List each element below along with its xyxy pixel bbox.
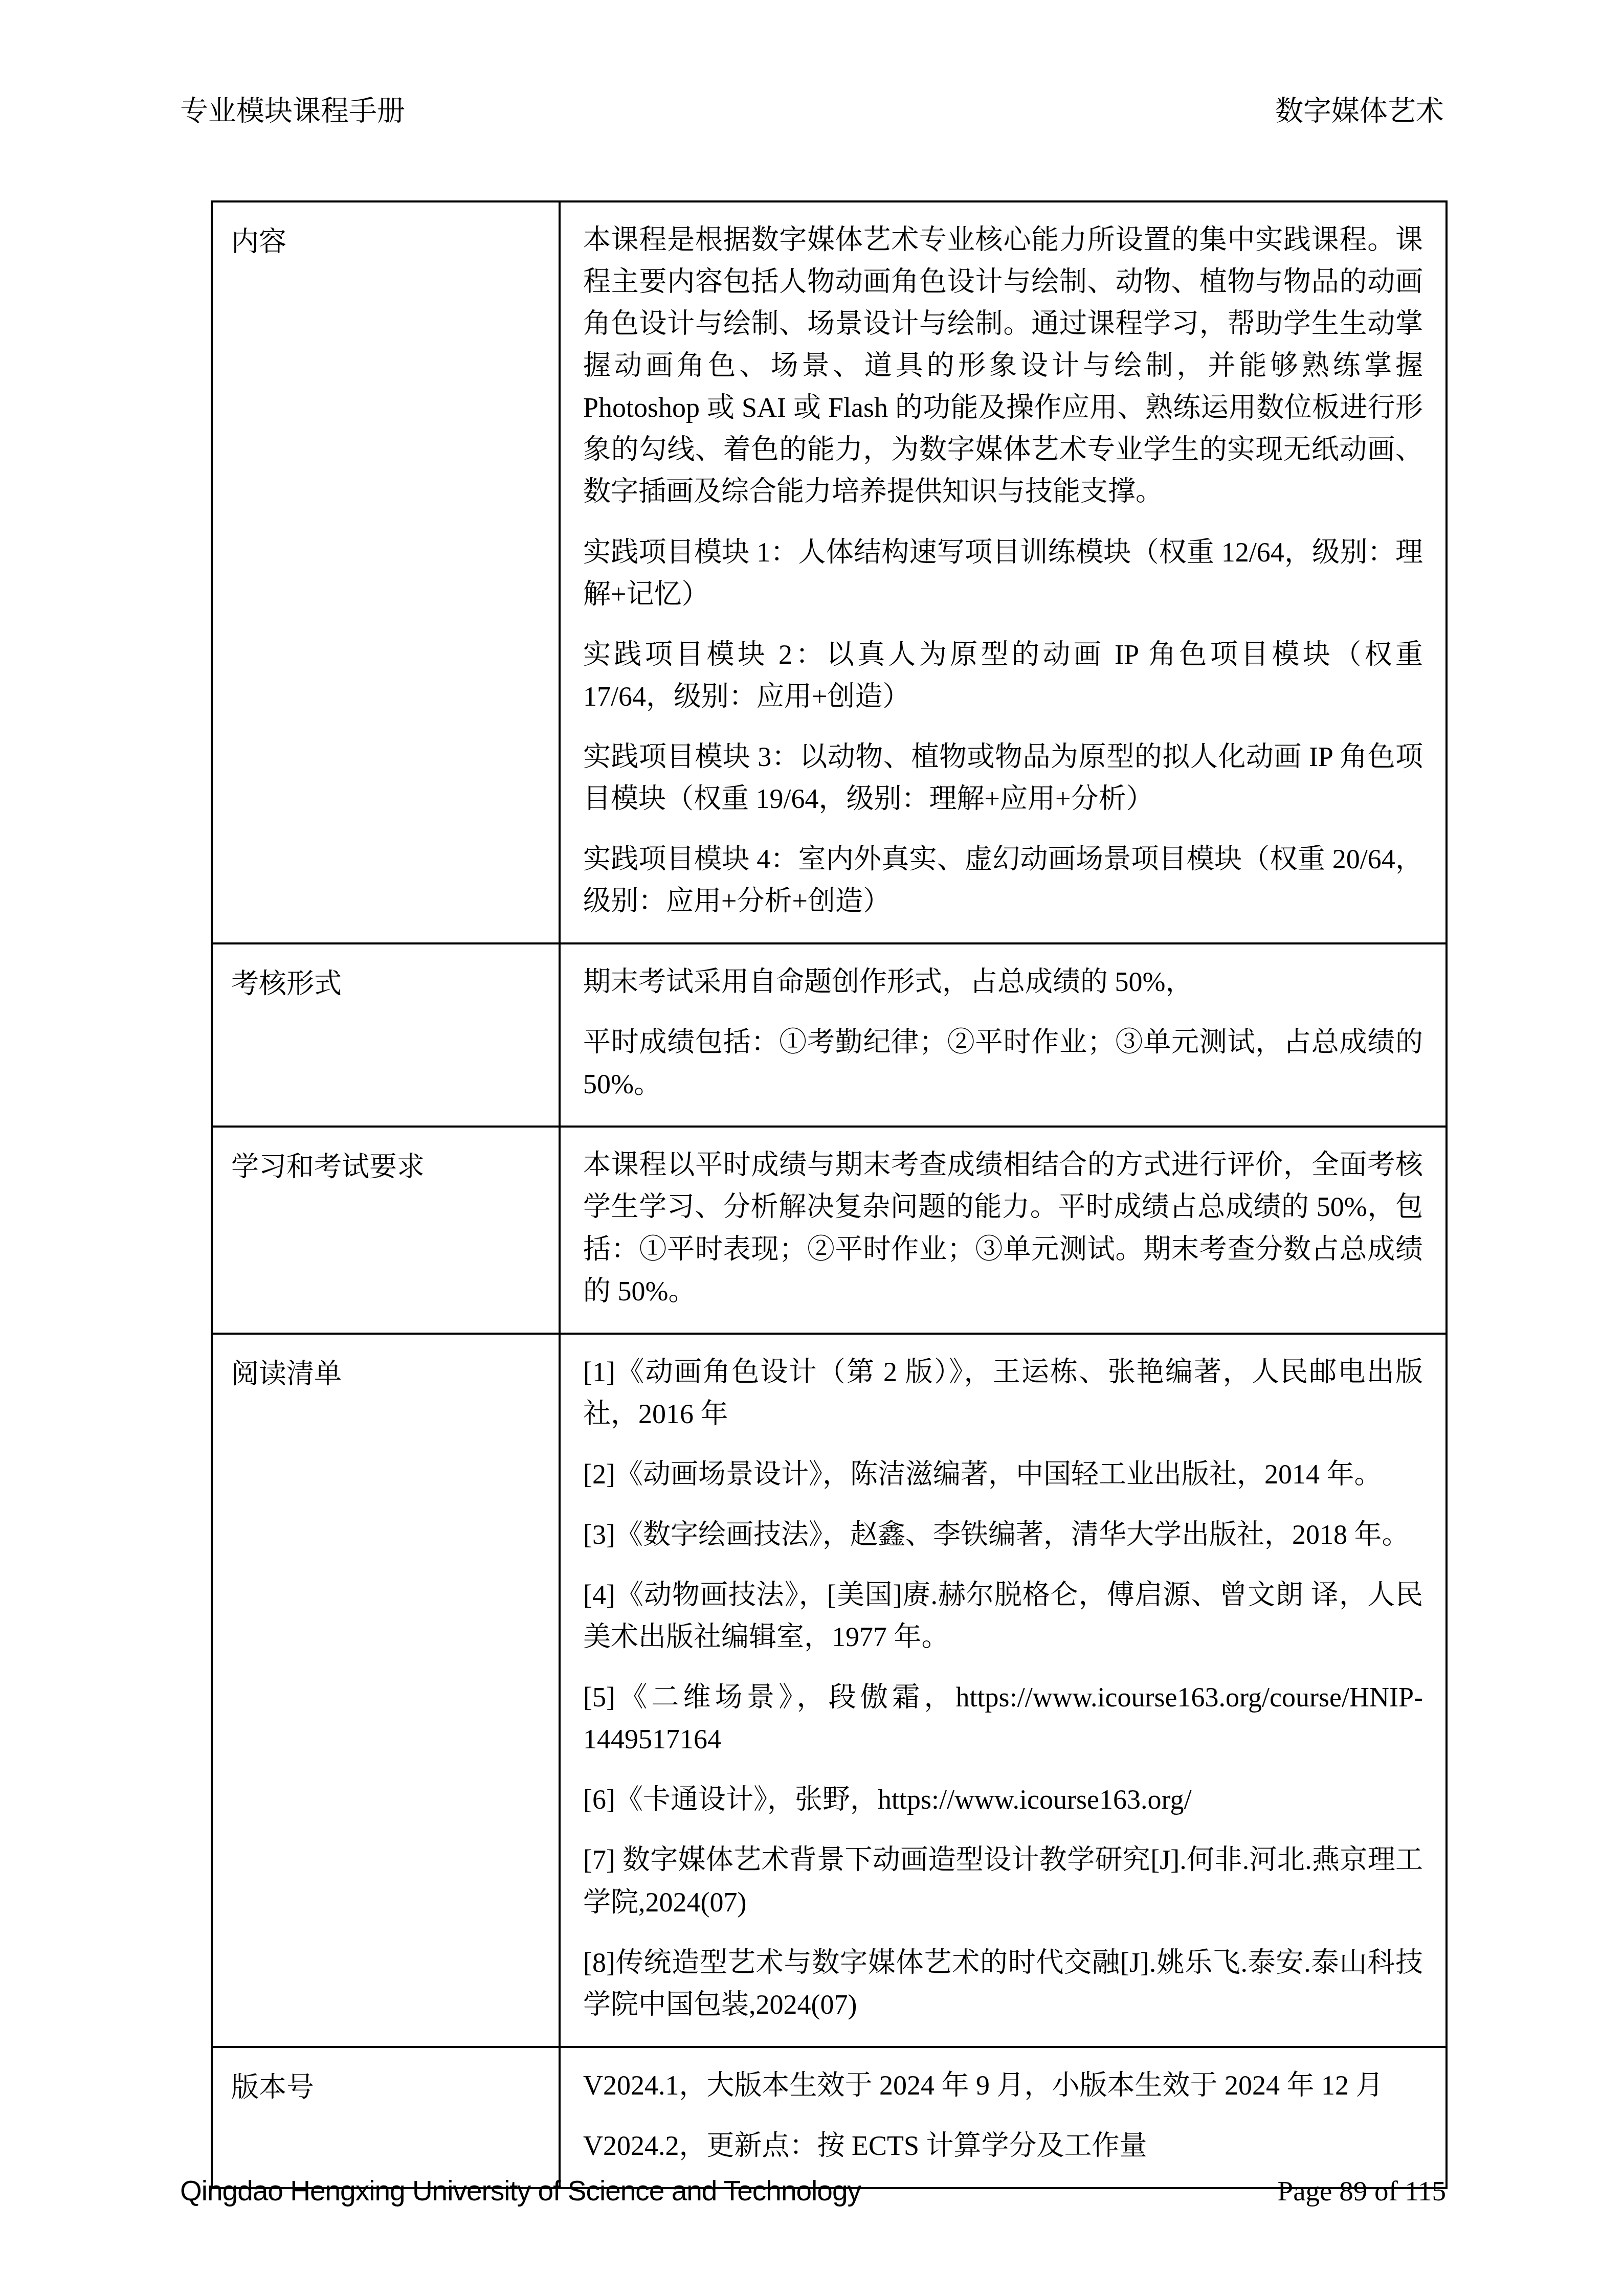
row-label: 阅读清单 (231, 1359, 342, 1389)
cell-paragraph: 实践项目模块 3：以动物、植物或物品为原型的拟人化动画 IP 角色项目模块（权重… (583, 736, 1423, 820)
row-label-cell: 阅读清单 (212, 1334, 560, 2047)
cell-paragraph: V2024.1，大版本生效于 2024 年 9 月，小版本生效于 2024 年 … (583, 2064, 1423, 2106)
row-label: 内容 (231, 227, 286, 257)
table-row-reading-list: 阅读清单 [1]《动画角色设计（第 2 版）》，王运栋、张艳编著，人民邮电出版社… (212, 1334, 1447, 2047)
row-content-cell: 本课程以平时成绩与期末考查成绩相结合的方式进行评价，全面考核学生学习、分析解决复… (560, 1127, 1447, 1333)
row-label: 版本号 (231, 2072, 314, 2103)
cell-paragraph: [5]《二维场景》，段傲霜，https://www.icourse163.org… (583, 1676, 1423, 1760)
row-content-cell: 期末考试采用自命题创作形式，占总成绩的 50%， 平时成绩包括：①考勤纪律；②平… (560, 943, 1447, 1127)
cell-paragraph: V2024.2，更新点：按 ECTS 计算学分及工作量 (583, 2125, 1423, 2167)
cell-paragraph: [2]《动画场景设计》，陈洁滋编著，中国轻工业出版社，2014 年。 (583, 1453, 1423, 1495)
row-label: 学习和考试要求 (231, 1152, 425, 1182)
cell-paragraph: 本课程是根据数字媒体艺术专业核心能力所设置的集中实践课程。课程主要内容包括人物动… (583, 219, 1423, 513)
row-label-cell: 版本号 (212, 2047, 560, 2188)
cell-paragraph: 实践项目模块 2：以真人为原型的动画 IP 角色项目模块（权重 17/64，级别… (583, 634, 1423, 717)
handbook-title: 专业模块课程手册 (180, 88, 405, 128)
row-content-cell: 本课程是根据数字媒体艺术专业核心能力所设置的集中实践课程。课程主要内容包括人物动… (560, 201, 1447, 943)
row-label-cell: 内容 (212, 201, 560, 943)
cell-paragraph: 本课程以平时成绩与期末考查成绩相结合的方式进行评价，全面考核学生学习、分析解决复… (583, 1144, 1423, 1312)
row-content-cell: [1]《动画角色设计（第 2 版）》，王运栋、张艳编著，人民邮电出版社，2016… (560, 1334, 1447, 2047)
table-row-requirements: 学习和考试要求 本课程以平时成绩与期末考查成绩相结合的方式进行评价，全面考核学生… (212, 1127, 1447, 1333)
cell-paragraph: [6]《卡通设计》，张野，https://www.icourse163.org/ (583, 1779, 1423, 1820)
row-label-cell: 考核形式 (212, 943, 560, 1127)
cell-paragraph: [4]《动物画技法》，[美国]赓.赫尔脱格仑，傅启源、曾文朗 译，人民美术出版社… (583, 1574, 1423, 1658)
cell-paragraph: [3]《数字绘画技法》，赵鑫、李铁编著，清华大学出版社，2018 年。 (583, 1514, 1423, 1556)
table-row-content: 内容 本课程是根据数字媒体艺术专业核心能力所设置的集中实践课程。课程主要内容包括… (212, 201, 1447, 943)
cell-paragraph: [7] 数字媒体艺术背景下动画造型设计教学研究[J].何非.河北.燕京理工学院,… (583, 1839, 1423, 1923)
row-content-cell: V2024.1，大版本生效于 2024 年 9 月，小版本生效于 2024 年 … (560, 2047, 1447, 2188)
cell-paragraph: 实践项目模块 1：人体结构速写项目训练模块（权重 12/64，级别：理解+记忆） (583, 531, 1423, 615)
cell-paragraph: 期末考试采用自命题创作形式，占总成绩的 50%， (583, 961, 1423, 1003)
row-label-cell: 学习和考试要求 (212, 1127, 560, 1333)
table-row-version: 版本号 V2024.1，大版本生效于 2024 年 9 月，小版本生效于 202… (212, 2047, 1447, 2188)
program-name: 数字媒体艺术 (1275, 88, 1444, 128)
cell-paragraph: [8]传统造型艺术与数字媒体艺术的时代交融[J].姚乐飞.泰安.泰山科技学院中国… (583, 1942, 1423, 2025)
page-header: 专业模块课程手册 数字媒体艺术 (180, 88, 1444, 128)
course-info-table: 内容 本课程是根据数字媒体艺术专业核心能力所设置的集中实践课程。课程主要内容包括… (211, 200, 1448, 2189)
university-name: Qingdao Hengxing University of Science a… (180, 2174, 861, 2207)
page-number: Page 89 of 115 (1278, 2175, 1446, 2207)
cell-paragraph: 实践项目模块 4：室内外真实、虚幻动画场景项目模块（权重 20/64，级别：应用… (583, 838, 1423, 922)
cell-paragraph: [1]《动画角色设计（第 2 版）》，王运栋、张艳编著，人民邮电出版社，2016… (583, 1351, 1423, 1435)
cell-paragraph: 平时成绩包括：①考勤纪律；②平时作业；③单元测试，占总成绩的 50%。 (583, 1021, 1423, 1105)
table-row-assessment: 考核形式 期末考试采用自命题创作形式，占总成绩的 50%， 平时成绩包括：①考勤… (212, 943, 1447, 1127)
row-label: 考核形式 (231, 969, 342, 999)
page-footer: Qingdao Hengxing University of Science a… (180, 2174, 1446, 2207)
